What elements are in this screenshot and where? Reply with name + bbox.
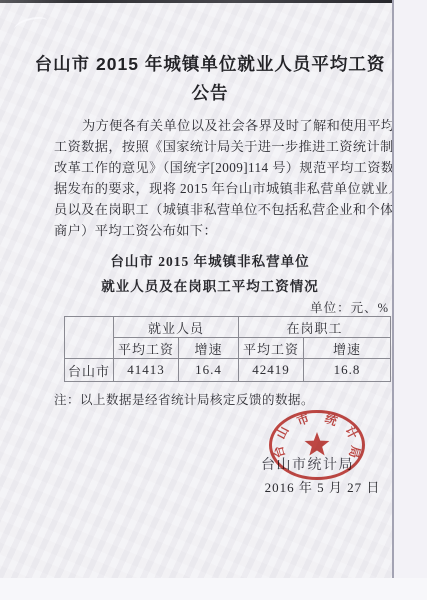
scan-right-margin	[394, 0, 427, 578]
sub-header-avg-wage-2: 平均工资	[239, 338, 304, 359]
document-title-line2: 公告	[30, 79, 390, 108]
table-row: 台山市 41413 16.4 42419 16.8	[65, 359, 391, 382]
group-header-on-post: 在岗职工	[239, 317, 391, 338]
table-title: 台山市 2015 年城镇非私营单位 就业人员及在岗职工平均工资情况	[40, 249, 380, 299]
scan-bottom-margin	[0, 578, 427, 600]
scan-top-edge-artifact	[0, 0, 427, 3]
body-line: 据发布的要求，现将 2015 年台山市城镇非私营单位就业人	[54, 178, 376, 199]
document-title-line1: 台山市 2015 年城镇单位就业人员平均工资	[30, 50, 390, 79]
table-header-row-groups: 就业人员 在岗职工	[65, 317, 391, 338]
scanned-document-page: 台山市 2015 年城镇单位就业人员平均工资 公告 为方便各有关单位以及社会各界…	[0, 0, 427, 600]
table-corner-cell	[65, 317, 114, 359]
wage-table: 就业人员 在岗职工 平均工资 增速 平均工资 增速 台山市 41413 16.4…	[64, 316, 391, 382]
body-line: 商户）平均工资公布如下：	[54, 220, 376, 241]
seal-arc-char: 计	[343, 424, 362, 442]
sub-header-growth-1: 增速	[179, 338, 239, 359]
table-title-line1: 台山市 2015 年城镇非私营单位	[40, 249, 380, 274]
group-header-employed: 就业人员	[114, 317, 239, 338]
scan-right-edge-line	[392, 0, 394, 578]
row-value-avg-wage-2: 42419	[239, 359, 304, 382]
seal-star-icon	[305, 432, 330, 456]
document-body: 为方便各有关单位以及社会各界及时了解和使用平均 工资数据，按照《国家统计局关于进…	[54, 115, 376, 241]
body-line: 员以及在岗职工（城镇非私营单位不包括私营企业和个体工	[54, 199, 376, 220]
unit-label: 单位：元、%	[310, 298, 389, 316]
row-value-growth-1: 16.4	[179, 359, 239, 382]
official-red-seal: 台 山 市 统 计 局	[266, 406, 368, 484]
seal-arc-char: 局	[346, 444, 363, 459]
table-title-line2: 就业人员及在岗职工平均工资情况	[40, 274, 380, 299]
scan-scratch-mark	[13, 14, 49, 36]
row-value-avg-wage-1: 41413	[114, 359, 179, 382]
body-line: 为方便各有关单位以及社会各界及时了解和使用平均	[54, 115, 376, 136]
sub-header-growth-2: 增速	[304, 338, 391, 359]
sub-header-avg-wage-1: 平均工资	[114, 338, 179, 359]
body-line: 工资数据，按照《国家统计局关于进一步推进工资统计制度	[54, 136, 376, 157]
table-header-row-sub: 平均工资 增速 平均工资 增速	[65, 338, 391, 359]
seal-arc-char: 台	[270, 444, 288, 459]
body-line: 改革工作的意见》（国统字[2009]114 号）规范平均工资数	[54, 157, 376, 178]
document-title: 台山市 2015 年城镇单位就业人员平均工资 公告	[30, 50, 390, 108]
row-region-cell: 台山市	[65, 359, 114, 382]
row-value-growth-2: 16.8	[304, 359, 391, 382]
